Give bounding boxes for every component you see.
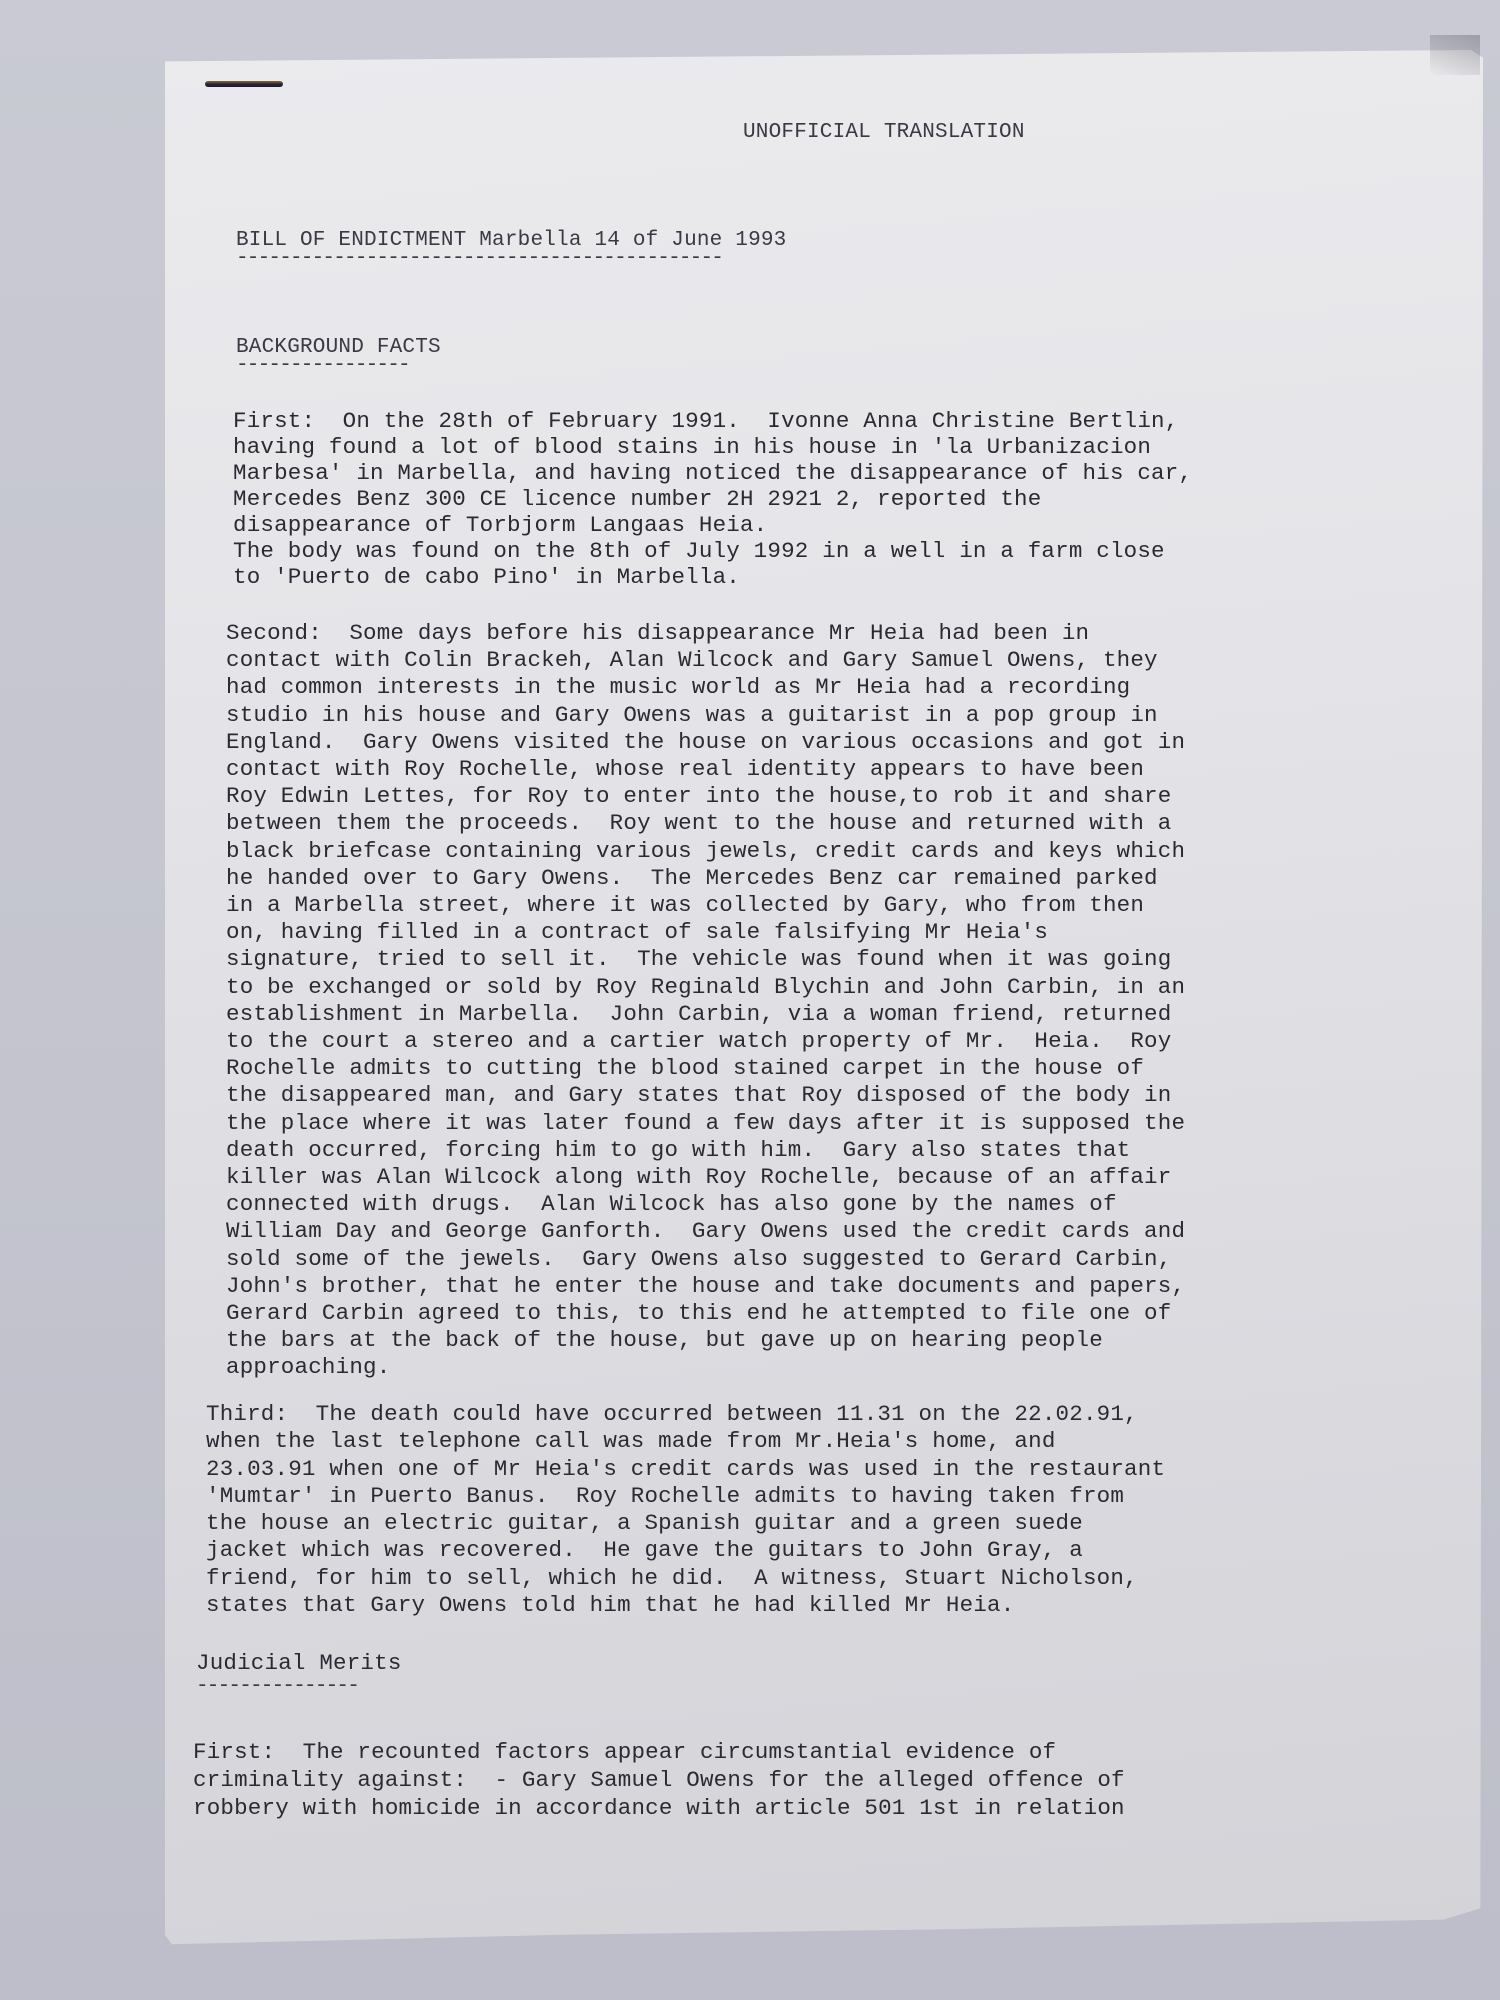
text-line: to be exchanged or sold by Roy Reginald … bbox=[226, 974, 1185, 1001]
section-underline-background-facts: ---------------- bbox=[236, 359, 488, 373]
text-line: black briefcase containing various jewel… bbox=[226, 838, 1185, 865]
text-line: disappearance of Torbjorm Langaas Heia. bbox=[233, 512, 1192, 538]
text-line: approaching. bbox=[226, 1354, 1185, 1381]
section-underline-judicial-merits: --------------- bbox=[196, 1680, 451, 1694]
text-line: states that Gary Owens told him that he … bbox=[206, 1592, 1165, 1619]
paragraph-judicial-first: First: The recounted factors appear circ… bbox=[193, 1738, 1125, 1822]
text-line: England. Gary Owens visited the house on… bbox=[226, 729, 1185, 756]
text-line: when the last telephone call was made fr… bbox=[206, 1428, 1165, 1455]
text-line: on, having filled in a contract of sale … bbox=[226, 919, 1185, 946]
text-line: sold some of the jewels. Gary Owens also… bbox=[226, 1246, 1185, 1273]
text-line: Third: The death could have occurred bet… bbox=[206, 1401, 1165, 1428]
text-line: friend, for him to sell, which he did. A… bbox=[206, 1565, 1165, 1592]
text-line: studio in his house and Gary Owens was a… bbox=[226, 702, 1185, 729]
text-line: in a Marbella street, where it was colle… bbox=[226, 892, 1185, 919]
text-line: Marbesa' in Marbella, and having noticed… bbox=[233, 460, 1192, 486]
text-line: First: On the 28th of February 1991. Ivo… bbox=[233, 408, 1192, 434]
text-line: First: The recounted factors appear circ… bbox=[193, 1738, 1125, 1766]
text-line: robbery with homicide in accordance with… bbox=[193, 1794, 1125, 1822]
text-line: establishment in Marbella. John Carbin, … bbox=[226, 1001, 1185, 1028]
paragraph-first: First: On the 28th of February 1991. Ivo… bbox=[233, 408, 1192, 590]
text-line: killer was Alan Wilcock along with Roy R… bbox=[226, 1164, 1185, 1191]
text-line: death occurred, forcing him to go with h… bbox=[226, 1137, 1185, 1164]
text-line: he handed over to Gary Owens. The Merced… bbox=[226, 865, 1185, 892]
text-line: Gerard Carbin agreed to this, to this en… bbox=[226, 1300, 1185, 1327]
text-line: 'Mumtar' in Puerto Banus. Roy Rochelle a… bbox=[206, 1483, 1165, 1510]
text-line: to 'Puerto de cabo Pino' in Marbella. bbox=[233, 564, 1192, 590]
text-line: jacket which was recovered. He gave the … bbox=[206, 1537, 1165, 1564]
text-line: contact with Colin Brackeh, Alan Wilcock… bbox=[226, 647, 1185, 674]
section-heading-judicial-merits: Judicial Merits bbox=[196, 1650, 402, 1676]
text-line: having found a lot of blood stains in hi… bbox=[233, 434, 1192, 460]
translation-label: UNOFFICIAL TRANSLATION bbox=[743, 120, 1025, 146]
text-line: 23.03.91 when one of Mr Heia's credit ca… bbox=[206, 1456, 1165, 1483]
text-line: contact with Roy Rochelle, whose real id… bbox=[226, 756, 1185, 783]
text-line: criminality against: - Gary Samuel Owens… bbox=[193, 1766, 1125, 1794]
text-line: Rochelle admits to cutting the blood sta… bbox=[226, 1055, 1185, 1082]
text-line: John's brother, that he enter the house … bbox=[226, 1273, 1185, 1300]
text-line: William Day and George Ganforth. Gary Ow… bbox=[226, 1218, 1185, 1245]
text-line: signature, tried to sell it. The vehicle… bbox=[226, 946, 1185, 973]
text-line: between them the proceeds. Roy went to t… bbox=[226, 810, 1185, 837]
text-line: connected with drugs. Alan Wilcock has a… bbox=[226, 1191, 1185, 1218]
text-line: Second: Some days before his disappearan… bbox=[226, 620, 1185, 647]
text-line: the disappeared man, and Gary states tha… bbox=[226, 1082, 1185, 1109]
text-line: the bars at the back of the house, but g… bbox=[226, 1327, 1185, 1354]
title-underline: ----------------------------------------… bbox=[236, 252, 916, 266]
text-line: to the court a stereo and a cartier watc… bbox=[226, 1028, 1185, 1055]
paragraph-third: Third: The death could have occurred bet… bbox=[206, 1401, 1165, 1619]
text-line: had common interests in the music world … bbox=[226, 674, 1185, 701]
paragraph-second: Second: Some days before his disappearan… bbox=[226, 620, 1185, 1382]
document-title: BILL OF ENDICTMENT Marbella 14 of June 1… bbox=[236, 228, 787, 254]
text-line: the house an electric guitar, a Spanish … bbox=[206, 1510, 1165, 1537]
text-line: the place where it was later found a few… bbox=[226, 1110, 1185, 1137]
folded-corner bbox=[1430, 35, 1480, 75]
text-line: Roy Edwin Lettes, for Roy to enter into … bbox=[226, 783, 1185, 810]
text-line: Mercedes Benz 300 CE licence number 2H 2… bbox=[233, 486, 1192, 512]
section-heading-background-facts: BACKGROUND FACTS bbox=[236, 335, 441, 361]
text-line: The body was found on the 8th of July 19… bbox=[233, 538, 1192, 564]
staple-mark bbox=[205, 81, 283, 87]
